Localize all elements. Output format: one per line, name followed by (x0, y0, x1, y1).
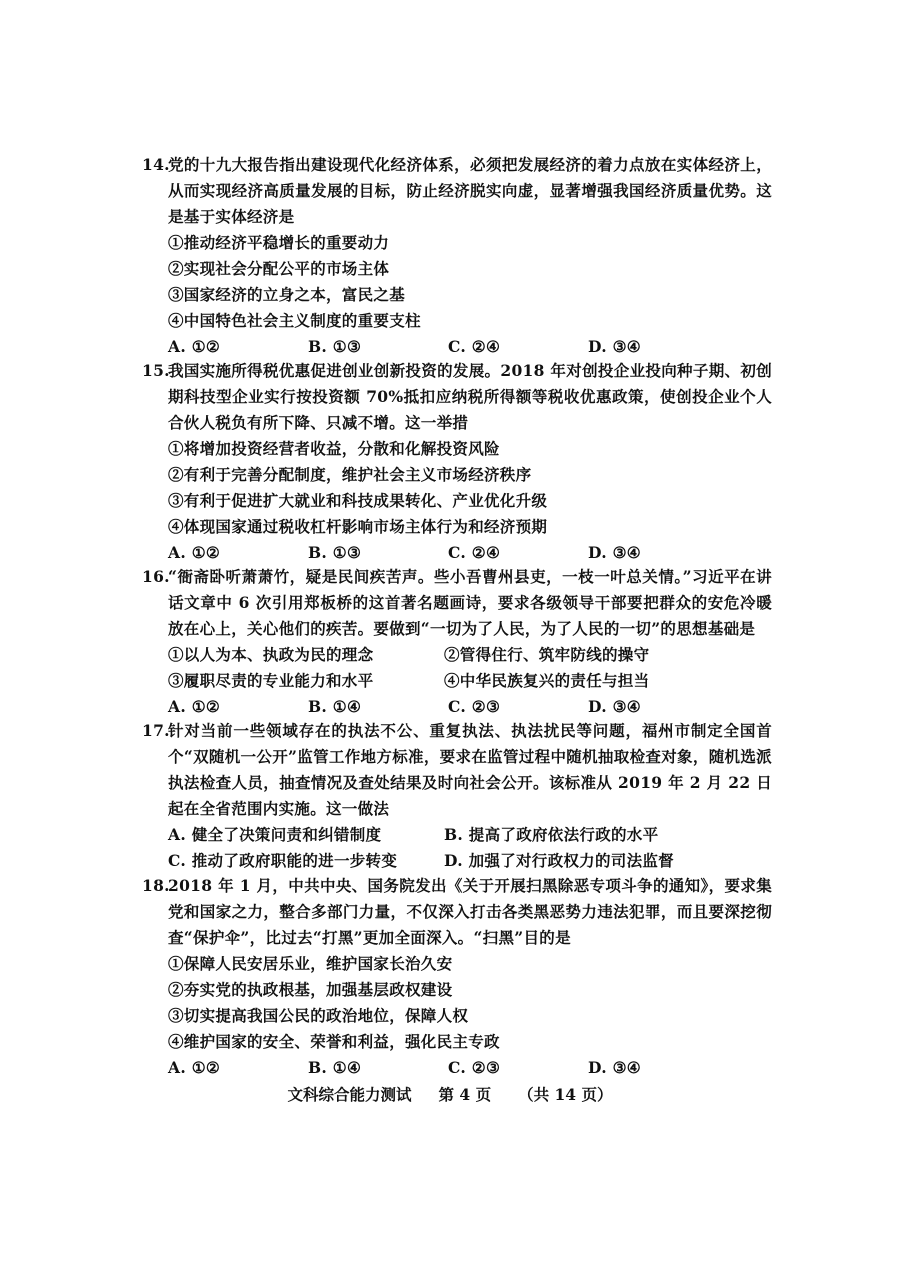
option-item: ③国家经济的立身之本，富民之基 (168, 282, 772, 308)
question-stem: 2018 年 1 月，中共中央、国务院发出《关于开展扫黑除恶专项斗争的通知》，要… (168, 873, 772, 951)
question-number: 17. (142, 718, 166, 744)
option-item: ①推动经济平稳增长的重要动力 (168, 230, 772, 256)
option-item: ②实现社会分配公平的市场主体 (168, 256, 772, 282)
choice-b: B. ①③ (308, 540, 361, 566)
choice-a: A. ①② (168, 694, 220, 720)
choice-b: B. ①④ (308, 694, 361, 720)
choice-c: C. ②④ (448, 334, 500, 360)
footer-total-pages: （共 14 页） (518, 1085, 612, 1104)
option-item: ③有利于促进扩大就业和科技成果转化、产业优化升级 (168, 488, 772, 514)
choice-d: D. 加强了对行政权力的司法监督 (444, 848, 674, 874)
choice-row: A. 健全了决策问责和纠错制度 B. 提高了政府依法行政的水平 (168, 822, 772, 848)
choice-c: C. ②③ (448, 694, 500, 720)
footer-subject: 文科综合能力测试 (288, 1085, 412, 1104)
choice-d: D. ③④ (588, 1055, 641, 1081)
choice-c: C. 推动了政府职能的进一步转变 (168, 848, 397, 874)
option-item: ④维护国家的安全、荣誉和利益，强化民主专政 (168, 1029, 772, 1055)
question-stem: 党的十九大报告指出建设现代化经济体系，必须把发展经济的着力点放在实体经济上，从而… (168, 152, 772, 230)
question-number: 14. (142, 152, 166, 178)
question-stem: 我国实施所得税优惠促进创业创新投资的发展。2018 年对创投企业投向种子期、初创… (168, 358, 772, 436)
choice-d: D. ③④ (588, 540, 641, 566)
question-number: 15. (142, 358, 166, 384)
answer-choices: A. ①② B. ①④ C. ②③ D. ③④ (168, 694, 772, 720)
question-16: 16. “衙斋卧听萧萧竹，疑是民间疾苦声。些小吾曹州县吏，一枝一叶总关情。”习近… (142, 564, 772, 720)
option-item: ④中国特色社会主义制度的重要支柱 (168, 308, 772, 334)
question-number: 16. (142, 564, 166, 590)
choice-d: D. ③④ (588, 334, 641, 360)
question-17: 17. 针对当前一些领域存在的执法不公、重复执法、执法扰民等问题，福州市制定全国… (142, 718, 772, 874)
option-item: ③履职尽责的专业能力和水平 (168, 668, 373, 694)
choice-b: B. ①③ (308, 334, 361, 360)
answer-choices: A. ①② B. ①③ C. ②④ D. ③④ (168, 540, 772, 566)
option-item: ①以人为本、执政为民的理念 (168, 642, 373, 668)
question-stem: 针对当前一些领域存在的执法不公、重复执法、执法扰民等问题，福州市制定全国首个“双… (168, 718, 772, 822)
choice-a: A. 健全了决策问责和纠错制度 (168, 822, 381, 848)
option-row: ①以人为本、执政为民的理念 ②管得住行、筑牢防线的操守 (168, 642, 772, 668)
choice-c: C. ②④ (448, 540, 500, 566)
question-15: 15. 我国实施所得税优惠促进创业创新投资的发展。2018 年对创投企业投向种子… (142, 358, 772, 566)
exam-page: 14. 党的十九大报告指出建设现代化经济体系，必须把发展经济的着力点放在实体经济… (0, 0, 900, 1272)
choice-b: B. 提高了政府依法行政的水平 (444, 822, 658, 848)
option-item: ①将增加投资经营者收益，分散和化解投资风险 (168, 436, 772, 462)
option-item: ④中华民族复兴的责任与担当 (444, 668, 649, 694)
answer-choices: A. ①② B. ①③ C. ②④ D. ③④ (168, 334, 772, 360)
choice-d: D. ③④ (588, 694, 641, 720)
option-item: ②管得住行、筑牢防线的操守 (444, 642, 649, 668)
answer-choices: A. ①② B. ①④ C. ②③ D. ③④ (168, 1055, 772, 1081)
choice-a: A. ①② (168, 334, 220, 360)
question-14: 14. 党的十九大报告指出建设现代化经济体系，必须把发展经济的着力点放在实体经济… (142, 152, 772, 360)
choice-a: A. ①② (168, 540, 220, 566)
choice-row: C. 推动了政府职能的进一步转变 D. 加强了对行政权力的司法监督 (168, 848, 772, 874)
question-stem: “衙斋卧听萧萧竹，疑是民间疾苦声。些小吾曹州县吏，一枝一叶总关情。”习近平在讲话… (168, 564, 772, 642)
option-item: ④体现国家通过税收杠杆影响市场主体行为和经济预期 (168, 514, 772, 540)
question-number: 18. (142, 873, 166, 899)
option-item: ②夯实党的执政根基，加强基层政权建设 (168, 977, 772, 1003)
option-item: ①保障人民安居乐业，维护国家长治久安 (168, 951, 772, 977)
option-row: ③履职尽责的专业能力和水平 ④中华民族复兴的责任与担当 (168, 668, 772, 694)
option-item: ③切实提高我国公民的政治地位，保障人权 (168, 1003, 772, 1029)
choice-a: A. ①② (168, 1055, 220, 1081)
choice-c: C. ②③ (448, 1055, 500, 1081)
footer-page-number: 第 4 页 (439, 1085, 492, 1104)
page-footer: 文科综合能力测试 第 4 页 （共 14 页） (0, 1083, 900, 1105)
option-item: ②有利于完善分配制度，维护社会主义市场经济秩序 (168, 462, 772, 488)
question-18: 18. 2018 年 1 月，中共中央、国务院发出《关于开展扫黑除恶专项斗争的通… (142, 873, 772, 1081)
choice-b: B. ①④ (308, 1055, 361, 1081)
